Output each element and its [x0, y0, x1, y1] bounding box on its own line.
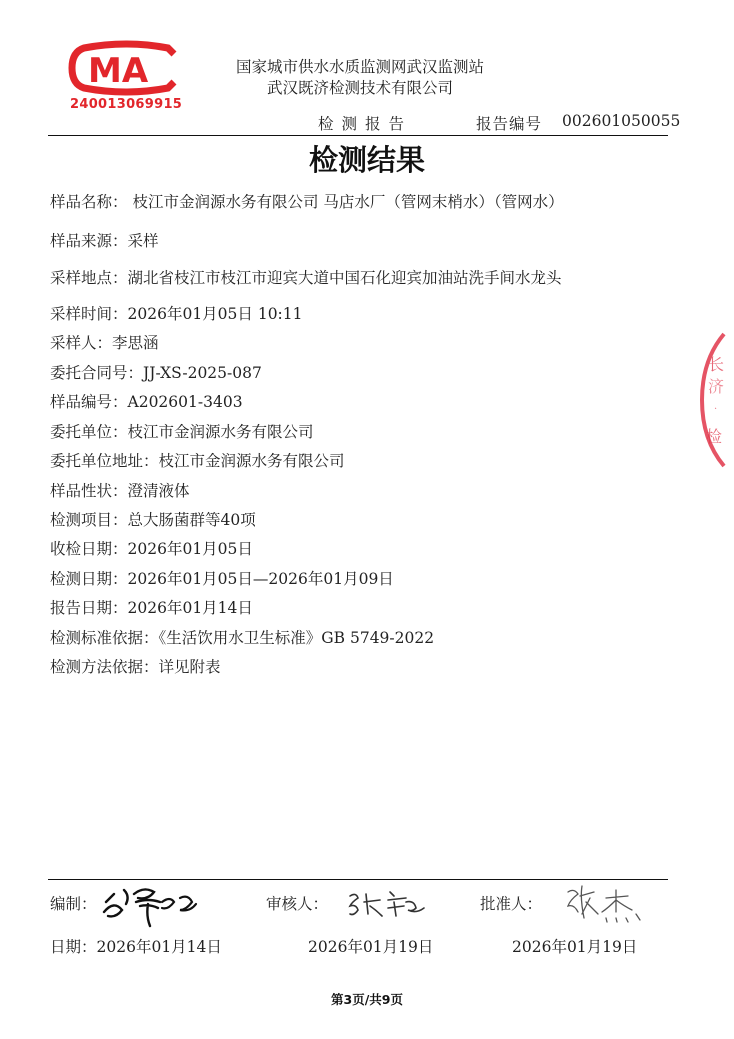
- header-divider: [48, 135, 668, 136]
- field-label: 样品来源：: [50, 232, 128, 250]
- field-value: 2026年01月05日—2026年01月09日: [128, 570, 394, 588]
- field-label: 收检日期：: [50, 540, 128, 558]
- field-contract-no: 委托合同号：JJ-XS-2025-087: [50, 361, 262, 383]
- date-value: 2026年01月14日: [97, 938, 222, 956]
- field-label: 检测方法依据：: [50, 658, 159, 676]
- svg-text:检: 检: [706, 427, 722, 446]
- prepared-date: 日期：2026年01月14日: [50, 935, 222, 957]
- field-label: 样品性状：: [50, 482, 128, 500]
- page-number: 第3页/共9页: [0, 990, 734, 1008]
- prepared-by-label: 编制：: [50, 892, 97, 914]
- field-label: 样品名称：: [50, 193, 128, 211]
- field-label: 采样人：: [50, 334, 112, 352]
- svg-text:MA: MA: [88, 51, 149, 91]
- field-label: 样品编号：: [50, 393, 128, 411]
- reviewer-signature-icon: [344, 884, 434, 924]
- field-sample-source: 样品来源：采样: [50, 229, 159, 251]
- field-report-date: 报告日期：2026年01月14日: [50, 596, 253, 618]
- field-value: 2026年01月14日: [128, 599, 253, 617]
- field-label: 检测日期：: [50, 570, 128, 588]
- field-sampling-time: 采样时间：2026年01月05日 10:11: [50, 302, 303, 324]
- field-test-standard: 检测标准依据：《生活饮用水卫生标准》GB 5749-2022: [50, 626, 434, 648]
- field-value: JJ-XS-2025-087: [143, 364, 262, 382]
- field-value: 2026年01月05日: [128, 540, 253, 558]
- field-value: 2026年01月05日 10:11: [128, 305, 303, 323]
- svg-text:济: 济: [708, 377, 724, 396]
- field-client: 委托单位：枝江市金润源水务有限公司: [50, 420, 314, 442]
- field-test-date: 检测日期：2026年01月05日—2026年01月09日: [50, 567, 394, 589]
- field-label: 检测项目：: [50, 511, 128, 529]
- report-type: 检测报告: [318, 112, 412, 134]
- date-label: 日期：: [50, 938, 97, 956]
- field-label: 采样地点：: [50, 269, 128, 287]
- field-sample-no: 样品编号：A202601-3403: [50, 390, 243, 412]
- approved-date: 2026年01月19日: [512, 935, 637, 957]
- organization-name-2: 武汉既济检测技术有限公司: [200, 76, 520, 98]
- organization-name-1: 国家城市供水水质监测网武汉监测站: [200, 55, 520, 77]
- field-value: A202601-3403: [128, 393, 243, 411]
- field-label: 委托单位地址：: [50, 452, 159, 470]
- field-value: 澄清液体: [128, 482, 190, 500]
- field-sample-state: 样品性状：澄清液体: [50, 479, 190, 501]
- field-client-address: 委托单位地址：枝江市金润源水务有限公司: [50, 449, 345, 471]
- cma-logo: MA 240013069915: [66, 40, 186, 120]
- reviewed-by-label: 审核人：: [266, 892, 328, 914]
- report-number-label: 报告编号: [476, 112, 542, 134]
- field-receipt-date: 收检日期：2026年01月05日: [50, 537, 253, 559]
- page-title: 检测结果: [0, 138, 734, 179]
- field-sampler: 采样人：李思涵: [50, 331, 159, 353]
- field-test-method: 检测方法依据：详见附表: [50, 655, 221, 677]
- reviewed-date: 2026年01月19日: [308, 935, 433, 957]
- field-sample-name: 样品名称： 枝江市金润源水务有限公司 马店水厂（管网末梢水）（管网水）: [50, 190, 564, 212]
- field-value: 枝江市金润源水务有限公司 马店水厂（管网末梢水）（管网水）: [128, 193, 564, 211]
- field-label: 报告日期：: [50, 599, 128, 617]
- field-label: 委托合同号：: [50, 364, 143, 382]
- field-sampling-location: 采样地点：湖北省枝江市枝江市迎宾大道中国石化迎宾加油站洗手间水龙头: [50, 266, 562, 288]
- approver-signature-icon: [560, 878, 650, 928]
- field-value: 枝江市金润源水务有限公司: [128, 423, 314, 441]
- field-value: 枝江市金润源水务有限公司: [159, 452, 345, 470]
- field-label: 采样时间：: [50, 305, 128, 323]
- field-label: 检测标准依据：: [50, 629, 159, 647]
- field-value: 总大肠菌群等40项: [128, 511, 256, 529]
- prepared-signature-icon: [100, 880, 205, 930]
- svg-text:长: 长: [708, 355, 724, 374]
- svg-text:·: ·: [714, 404, 717, 415]
- field-value: 《生活饮用水卫生标准》GB 5749-2022: [159, 629, 435, 647]
- field-label: 委托单位：: [50, 423, 128, 441]
- approved-by-label: 批准人：: [480, 892, 542, 914]
- seal-stamp-icon: 长 济 · 检: [696, 330, 734, 470]
- field-value: 李思涵: [112, 334, 159, 352]
- cma-mark-icon: MA: [66, 40, 186, 100]
- field-value: 湖北省枝江市枝江市迎宾大道中国石化迎宾加油站洗手间水龙头: [128, 269, 562, 287]
- field-value: 采样: [128, 232, 159, 250]
- cma-number: 240013069915: [70, 97, 182, 112]
- field-test-items: 检测项目：总大肠菌群等40项: [50, 508, 256, 530]
- report-number: 002601050055: [562, 112, 680, 130]
- field-value: 详见附表: [159, 658, 221, 676]
